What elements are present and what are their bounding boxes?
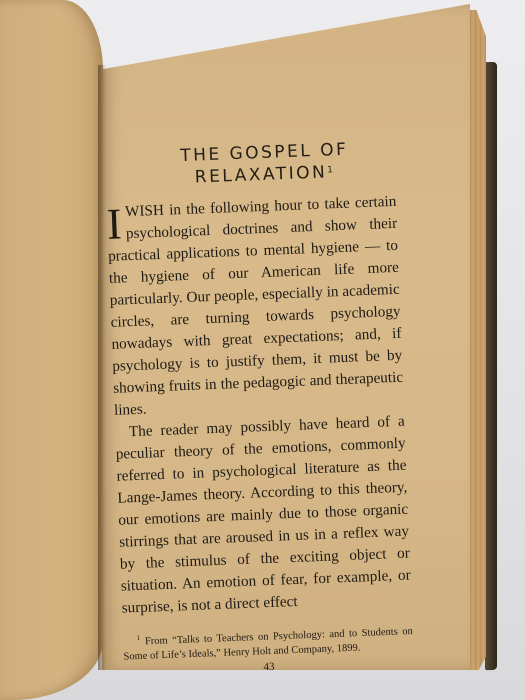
paragraph-1: IWISH in the following hour to take cert… — [106, 191, 404, 422]
paragraph-1-text: WISH in the following hour to take certa… — [108, 193, 404, 419]
paragraph-2: The reader may possibly have heard of a … — [115, 411, 412, 620]
drop-cap: I — [106, 205, 122, 244]
footnote-mark: 1 — [137, 634, 141, 642]
page-text-block: THE GOSPEL OF RELAXATION1 IWISH in the f… — [104, 137, 414, 678]
title-footnote-mark: 1 — [327, 165, 336, 175]
left-page — [0, 0, 103, 700]
book-cover-edge — [485, 62, 497, 670]
